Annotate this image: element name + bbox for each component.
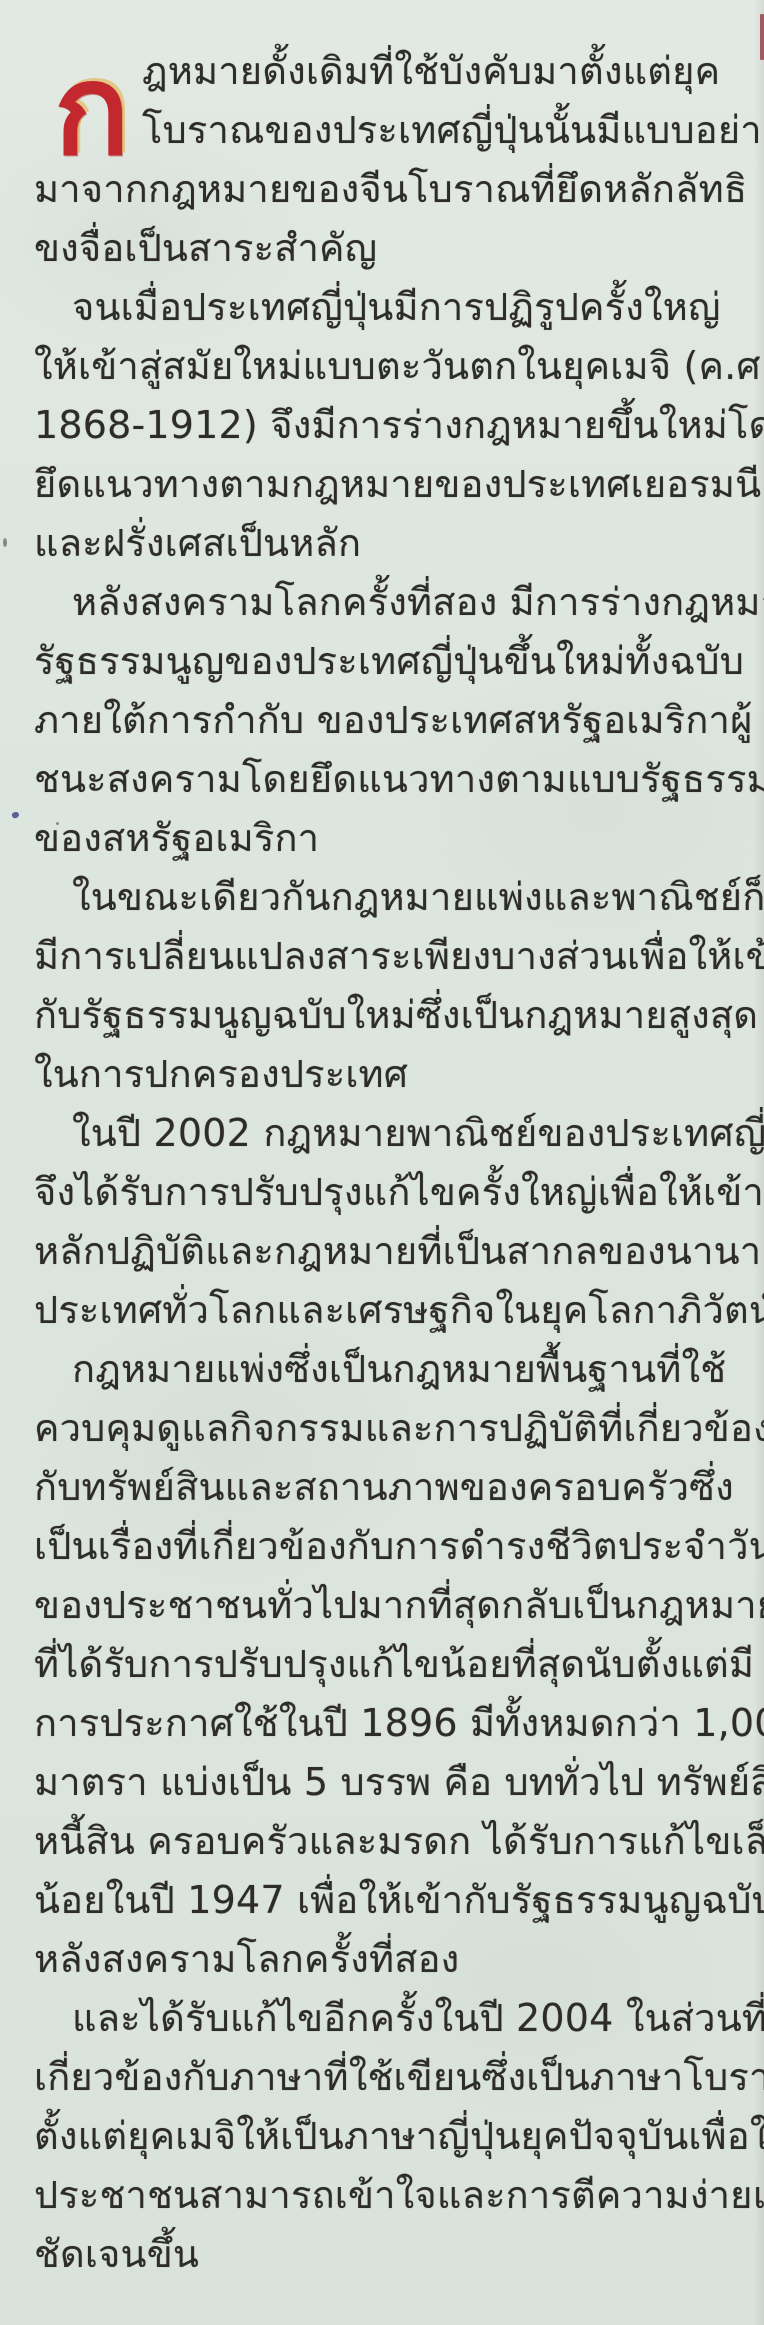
text-line: และฝรั่งเศสเป็นหลัก (34, 514, 738, 573)
text-line: และได้รับแก้ไขอีกครั้งในปี 2004 ในส่วนที… (34, 1989, 738, 2048)
text-line: กฎหมายแพ่งซึ่งเป็นกฎหมายพื้นฐานที่ใช้ (34, 1340, 738, 1399)
drop-cap-letter: ก (54, 48, 130, 173)
text-line: ฎหมายดั้งเดิมที่ใช้บังคับมาตั้งแต่ยุค (34, 42, 738, 101)
text-line: กับรัฐธรรมนูญฉบับใหม่ซึ่งเป็นกฎหมายสูงสุ… (34, 986, 738, 1045)
text-line: มาจากกฎหมายของจีนโบราณที่ยึดหลักลัทธิ (34, 160, 738, 219)
paragraph-6: กฎหมายแพ่งซึ่งเป็นกฎหมายพื้นฐานที่ใช้ คว… (34, 1340, 738, 1989)
text-line: น้อยในปี 1947 เพื่อให้เข้ากับรัฐธรรมนูญฉ… (34, 1871, 738, 1930)
text-line: หลังสงครามโลกครั้งที่สอง (34, 1930, 738, 1989)
text-line: หลักปฏิบัติและกฎหมายที่เป็นสากลของนานา (34, 1222, 738, 1281)
text-line: ชนะสงครามโดยยึดแนวทางตามแบบรัฐธรรมนูญ (34, 750, 738, 809)
text-line: ของประชาชนทั่วไปมากที่สุดกลับเป็นกฎหมาย (34, 1576, 738, 1635)
text-line: รัฐธรรมนูญของประเทศญี่ปุ่นขึ้นใหม่ทั้งฉบ… (34, 632, 738, 691)
text-line: เป็นเรื่องที่เกี่ยวข้องกับการดำรงชีวิตปร… (34, 1517, 738, 1576)
text-line: เกี่ยวข้องกับภาษาที่ใช้เขียนซึ่งเป็นภาษา… (34, 2048, 738, 2107)
text-line: ตั้งแต่ยุคเมจิให้เป็นภาษาญี่ปุ่นยุคปัจจุ… (34, 2107, 738, 2166)
text-line: มีการเปลี่ยนแปลงสาระเพียงบางส่วนเพื่อให้… (34, 927, 738, 986)
text-line: ในปี 2002 กฎหมายพาณิชย์ของประเทศญี่ปุ่น (34, 1104, 738, 1163)
text-line: ยึดแนวทางตามกฎหมายของประเทศเยอรมนี (34, 455, 738, 514)
text-line: มาตรา แบ่งเป็น 5 บรรพ คือ บททั่วไป ทรัพย… (34, 1753, 738, 1812)
text-line: หลังสงครามโลกครั้งที่สอง มีการร่างกฎหมาย (34, 573, 738, 632)
text-line: ที่ได้รับการปรับปรุงแก้ไขน้อยที่สุดนับตั… (34, 1635, 738, 1694)
newspaper-scan-page: ก ฎหมายดั้งเดิมที่ใช้บังคับมาตั้งแต่ยุค … (0, 0, 764, 2325)
text-line: ขงจื่อเป็นสาระสำคัญ (34, 219, 738, 278)
paragraph-1: ก ฎหมายดั้งเดิมที่ใช้บังคับมาตั้งแต่ยุค … (34, 42, 738, 278)
text-line: หนี้สิน ครอบครัวและมรดก ได้รับการแก้ไขเล… (34, 1812, 738, 1871)
text-line: จึงได้รับการปรับปรุงแก้ไขครั้งใหญ่เพื่อใ… (34, 1163, 738, 1222)
paragraph-7: และได้รับแก้ไขอีกครั้งในปี 2004 ในส่วนที… (34, 1989, 738, 2284)
text-line: ชัดเจนขึ้น (34, 2225, 738, 2284)
paragraph-3: หลังสงครามโลกครั้งที่สอง มีการร่างกฎหมาย… (34, 573, 738, 868)
paragraph-4: ในขณะเดียวกันกฎหมายแพ่งและพาณิชย์ก็ มีกา… (34, 868, 738, 1104)
paragraph-2: จนเมื่อประเทศญี่ปุ่นมีการปฏิรูปครั้งใหญ่… (34, 278, 738, 573)
text-line: ของสหรัฐอเมริกา (34, 809, 738, 868)
text-line: ประชาชนสามารถเข้าใจและการตีความง่ายและ (34, 2166, 738, 2225)
paragraph-5: ในปี 2002 กฎหมายพาณิชย์ของประเทศญี่ปุ่น … (34, 1104, 738, 1340)
text-line: กับทรัพย์สินและสถานภาพของครอบครัวซึ่ง (34, 1458, 738, 1517)
text-line: ภายใต้การกำกับ ของประเทศสหรัฐอเมริกาผู้ (34, 691, 738, 750)
text-line: การประกาศใช้ในปี 1896 มีทั้งหมดกว่า 1,00… (34, 1694, 738, 1753)
text-line: 1868-1912) จึงมีการร่างกฎหมายขึ้นใหม่โดย (34, 396, 738, 455)
text-line: ประเทศทั่วโลกและเศรษฐกิจในยุคโลกาภิวัตน์ (34, 1281, 738, 1340)
article-column: ก ฎหมายดั้งเดิมที่ใช้บังคับมาตั้งแต่ยุค … (0, 0, 764, 2284)
text-line: ในการปกครองประเทศ (34, 1045, 738, 1104)
text-line: โบราณของประเทศญี่ปุ่นนั้นมีแบบอย่าง (34, 101, 738, 160)
text-line: ควบคุมดูแลกิจกรรมและการปฏิบัติที่เกี่ยวข… (34, 1399, 738, 1458)
text-line: จนเมื่อประเทศญี่ปุ่นมีการปฏิรูปครั้งใหญ่ (34, 278, 738, 337)
text-line: ในขณะเดียวกันกฎหมายแพ่งและพาณิชย์ก็ (34, 868, 738, 927)
text-line: ให้เข้าสู่สมัยใหม่แบบตะวันตกในยุคเมจิ (ค… (34, 337, 738, 396)
